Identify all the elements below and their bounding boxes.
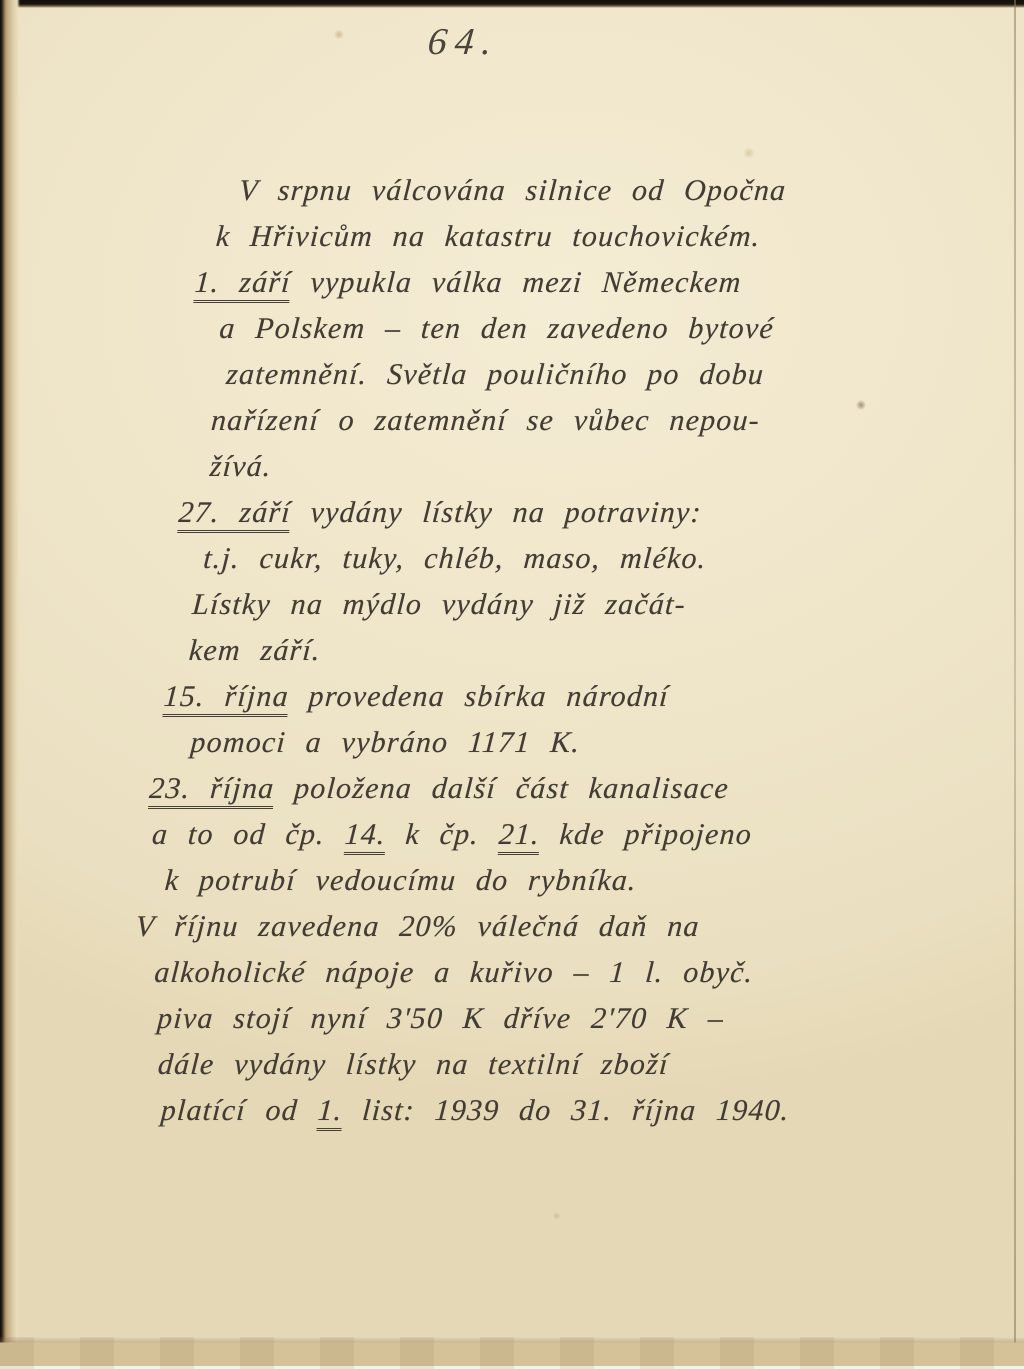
page-bottom-edge [0,1337,1024,1369]
handwriting-segment: vydány lístky na potraviny: [290,496,703,529]
handwritten-line: a to od čp. 14. k čp. 21. kde připojeno [151,812,934,858]
handwriting-segment: položena další část kanalisace [273,772,730,805]
underlined-date: 15. října [162,680,290,717]
handwriting-segment: nařízení o zatemnění se vůbec nepou- [210,404,761,437]
handwriting-segment: provedena sbírka národní [288,680,670,713]
handwritten-line: a Polskem – ten den zavedeno bytové [218,306,969,352]
page-edge-line [1014,0,1016,1369]
handwritten-line: piva stojí nyní 3'50 K dříve 2'70 K – [156,996,921,1042]
handwriting-segment: k potrubí vedoucímu do rybníka. [164,864,638,897]
handwritten-line: V srpnu válcována silnice od Opočna [238,168,979,214]
handwriting-segment: a Polskem – ten den zavedeno bytové [218,312,775,345]
handwritten-line: k potrubí vedoucímu do rybníka. [163,858,930,904]
handwriting-segment: t.j. cukr, tuky, chléb, maso, mléko. [202,542,707,575]
handwriting-segment: platící od [160,1094,319,1127]
underlined-date: 27. září [177,496,292,533]
handwritten-line: Lístky na mýdlo vydány již začát- [191,582,950,628]
handwritten-line: žívá. [208,444,959,490]
handwriting-segment: žívá. [209,450,273,483]
handwritten-line: dále vydány lístky na textilní zboží [156,1042,917,1088]
handwritten-line: 27. září vydány lístky na potraviny: [177,490,956,536]
handwriting-segment: kem září. [188,634,322,667]
underlined-date: 21. [497,818,541,855]
underlined-date: 1. [316,1094,343,1131]
scanned-chronicle-page: 64. V srpnu válcována silnice od Opočnak… [0,0,1024,1369]
handwritten-line: zatemnění. Světla pouličního po dobu [225,352,966,398]
handwritten-line: kem září. [187,628,946,674]
handwriting-segment: k Hřivicům na katastru touchovickém. [215,220,762,253]
handwritten-line: alkoholické nápoje a kuřivo – 1 l. obyč. [153,950,924,996]
handwriting-segment: kde připojeno [539,818,753,851]
handwritten-line: t.j. cukr, tuky, chléb, maso, mléko. [202,536,953,582]
handwriting-segment: zatemnění. Světla pouličního po dobu [225,358,765,391]
handwriting-segment: pomoci a vybráno 1171 K. [189,726,581,759]
book-binding-edge [0,0,20,1369]
handwriting-segment: V srpnu válcována silnice od Opočna [238,174,788,207]
handwriting-segment: V říjnu zavedena 20% válečná daň na [135,910,701,943]
text-block: V srpnu válcována silnice od Opočnak Hři… [121,168,979,1134]
handwriting-segment: k čp. [385,818,500,851]
handwriting-segment: vypukla válka mezi Německem [290,266,743,299]
underlined-date: 14. [343,818,387,855]
handwriting-segment: piva stojí nyní 3'50 K dříve 2'70 K – [156,1002,725,1035]
handwritten-line: platící od 1. list: 1939 do 31. října 19… [159,1088,914,1134]
handwritten-line: k Hřivicům na katastru touchovickém. [214,214,975,260]
handwritten-line: 1. září vypukla válka mezi Německem [193,260,972,306]
handwritten-line: V říjnu zavedena 20% válečná daň na [134,904,927,950]
handwritten-line: nařízení o zatemnění se vůbec nepou- [209,398,962,444]
underlined-date: 23. října [148,772,276,809]
handwriting-segment: list: 1939 do 31. října 1940. [341,1094,790,1127]
handwriting-segment: Lístky na mýdlo vydány již začát- [191,588,687,621]
handwriting-segment: dále vydány lístky na textilní zboží [157,1048,670,1081]
handwriting-segment: a to od čp. [151,818,346,851]
scan-top-edge [0,0,1024,8]
underlined-date: 1. září [193,266,292,303]
handwritten-line: 15. října provedena sbírka národní [162,674,943,720]
handwritten-line: pomoci a vybráno 1171 K. [189,720,940,766]
page-number: 64. [426,20,502,64]
handwriting-segment: alkoholické nápoje a kuřivo – 1 l. obyč. [153,956,754,989]
handwritten-line: 23. října položena další část kanalisace [148,766,937,812]
